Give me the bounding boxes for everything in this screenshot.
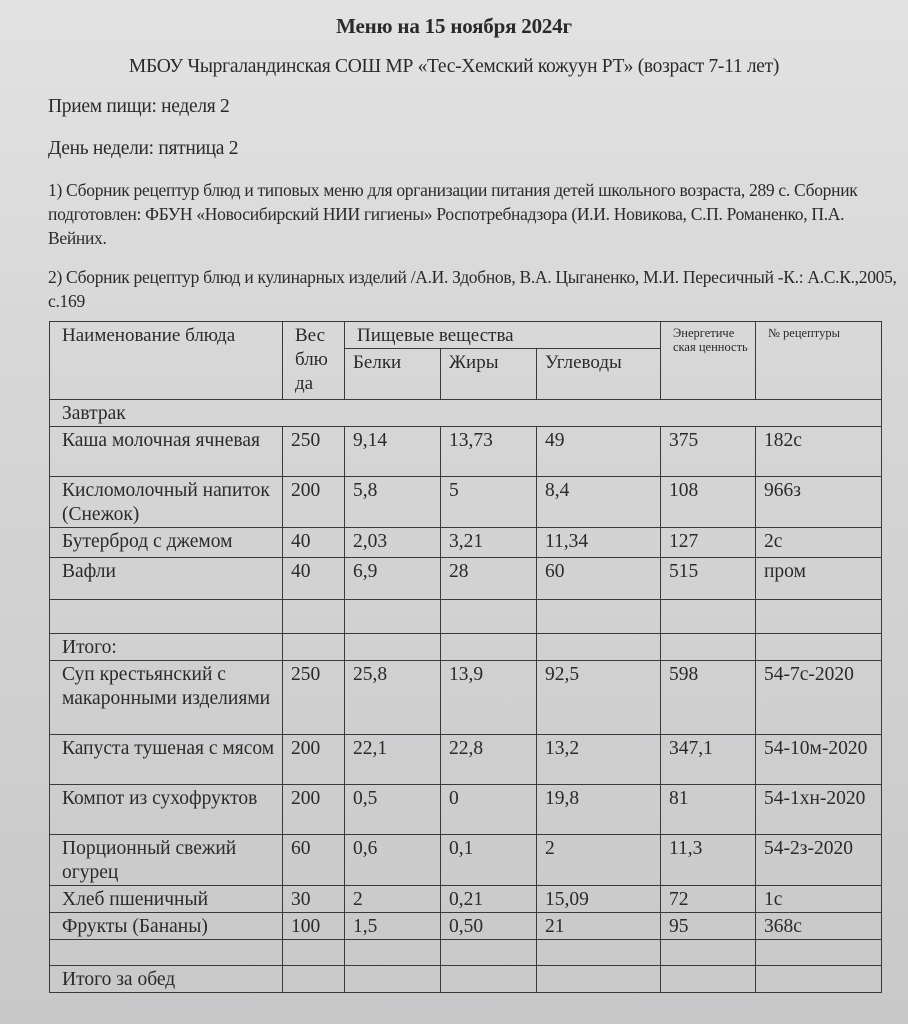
source-reference-2: 2) Сборник рецептур блюд и кулинарных из… [48,265,898,313]
cell-name: Суп крестьянский с макаронными изделиями [50,661,283,735]
cell-fat: 0 [441,785,537,835]
table-row: Бутерброд с джемом402,033,2111,341272с [50,528,882,558]
source-reference-1: 1) Сборник рецептур блюд и типовых меню … [48,178,898,250]
cell-energy: 108 [661,477,756,528]
meal-week: Прием пищи: неделя 2 [48,96,230,118]
table-row: Компот из сухофруктов2000,5019,88154-1хн… [50,785,882,835]
cell-name: Хлеб пшеничный [50,886,283,913]
cell-carbs: 11,34 [537,528,661,558]
cell-fat: 13,73 [441,427,537,477]
col-header-name: Наименование блюда [50,322,283,400]
cell-fat: 3,21 [441,528,537,558]
cell-name: Компот из сухофруктов [50,785,283,835]
cell-weight: 200 [283,735,345,785]
cell-recipe: 2с [756,528,882,558]
table-row: Кисломолочный напиток (Снежок)2005,858,4… [50,477,882,528]
table-row: Каша молочная ячневая2509,1413,734937518… [50,427,882,477]
cell-carbs: 92,5 [537,661,661,735]
cell-recipe: 182с [756,427,882,477]
col-header-weight: Вес блю да [283,322,345,400]
cell-weight: 30 [283,886,345,913]
cell-weight: 200 [283,785,345,835]
cell-protein: 9,14 [345,427,441,477]
table-row: Хлеб пшеничный3020,2115,09721с [50,886,882,913]
cell-carbs: 13,2 [537,735,661,785]
cell-energy: 95 [661,913,756,940]
empty-row [50,600,882,634]
cell-recipe: 54-2з-2020 [756,835,882,886]
cell-recipe: 1с [756,886,882,913]
cell-name: Каша молочная ячневая [50,427,283,477]
cell-energy: 11,3 [661,835,756,886]
table-row: Суп крестьянский с макаронными изделиями… [50,661,882,735]
cell-carbs: 2 [537,835,661,886]
col-header-recipe: № рецептуры [756,322,882,400]
empty-row [50,940,882,966]
cell-carbs: 21 [537,913,661,940]
cell-weight: 200 [283,477,345,528]
cell-name: Фрукты (Бананы) [50,913,283,940]
cell-fat: 0,21 [441,886,537,913]
cell-energy: 81 [661,785,756,835]
cell-recipe: 368с [756,913,882,940]
col-header-carbs: Углеводы [537,349,661,400]
cell-protein: 5,8 [345,477,441,528]
cell-carbs: 60 [537,558,661,600]
cell-energy: 72 [661,886,756,913]
cell-fat: 22,8 [441,735,537,785]
cell-energy: 515 [661,558,756,600]
cell-energy: 127 [661,528,756,558]
cell-protein: 25,8 [345,661,441,735]
col-header-energy: Энергетиче ская ценность [661,322,756,400]
cell-recipe: 54-1хн-2020 [756,785,882,835]
cell-name: Капуста тушеная с мясом [50,735,283,785]
col-header-protein: Белки [345,349,441,400]
cell-protein: 1,5 [345,913,441,940]
cell-protein: 2,03 [345,528,441,558]
table-row: Фрукты (Бананы)1001,50,502195368с [50,913,882,940]
cell-protein: 22,1 [345,735,441,785]
school-name: МБОУ Чыргаландинская СОШ МР «Тес-Хемский… [0,56,908,78]
menu-table: Наименование блюда Вес блю да Пищевые ве… [49,321,882,993]
section-breakfast: Завтрак [50,400,882,427]
cell-name: Бутерброд с джемом [50,528,283,558]
document-title: Меню на 15 ноября 2024г [0,14,908,39]
cell-fat: 5 [441,477,537,528]
col-header-nutrients: Пищевые вещества [345,322,661,349]
cell-carbs: 15,09 [537,886,661,913]
cell-recipe: 966з [756,477,882,528]
cell-name: Порционный свежий огурец [50,835,283,886]
table-row: Порционный свежий огурец600,60,1211,354-… [50,835,882,886]
cell-energy: 598 [661,661,756,735]
cell-fat: 0,1 [441,835,537,886]
cell-name: Вафли [50,558,283,600]
cell-weight: 40 [283,528,345,558]
weekday: День недели: пятница 2 [48,138,238,160]
table-row: Вафли406,92860515пром [50,558,882,600]
breakfast-total-label: Итого: [50,634,283,661]
cell-fat: 28 [441,558,537,600]
cell-weight: 40 [283,558,345,600]
cell-fat: 13,9 [441,661,537,735]
cell-protein: 0,6 [345,835,441,886]
cell-weight: 250 [283,661,345,735]
cell-weight: 60 [283,835,345,886]
cell-energy: 375 [661,427,756,477]
cell-energy: 347,1 [661,735,756,785]
cell-carbs: 19,8 [537,785,661,835]
lunch-total-label: Итого за обед [50,966,283,993]
cell-weight: 100 [283,913,345,940]
cell-carbs: 8,4 [537,477,661,528]
cell-protein: 6,9 [345,558,441,600]
cell-recipe: 54-7с-2020 [756,661,882,735]
cell-protein: 2 [345,886,441,913]
cell-recipe: пром [756,558,882,600]
menu-document: Меню на 15 ноября 2024г МБОУ Чыргаландин… [0,0,908,1024]
col-header-fat: Жиры [441,349,537,400]
cell-carbs: 49 [537,427,661,477]
cell-protein: 0,5 [345,785,441,835]
table-row: Капуста тушеная с мясом20022,122,813,234… [50,735,882,785]
cell-recipe: 54-10м-2020 [756,735,882,785]
cell-weight: 250 [283,427,345,477]
cell-fat: 0,50 [441,913,537,940]
cell-name: Кисломолочный напиток (Снежок) [50,477,283,528]
